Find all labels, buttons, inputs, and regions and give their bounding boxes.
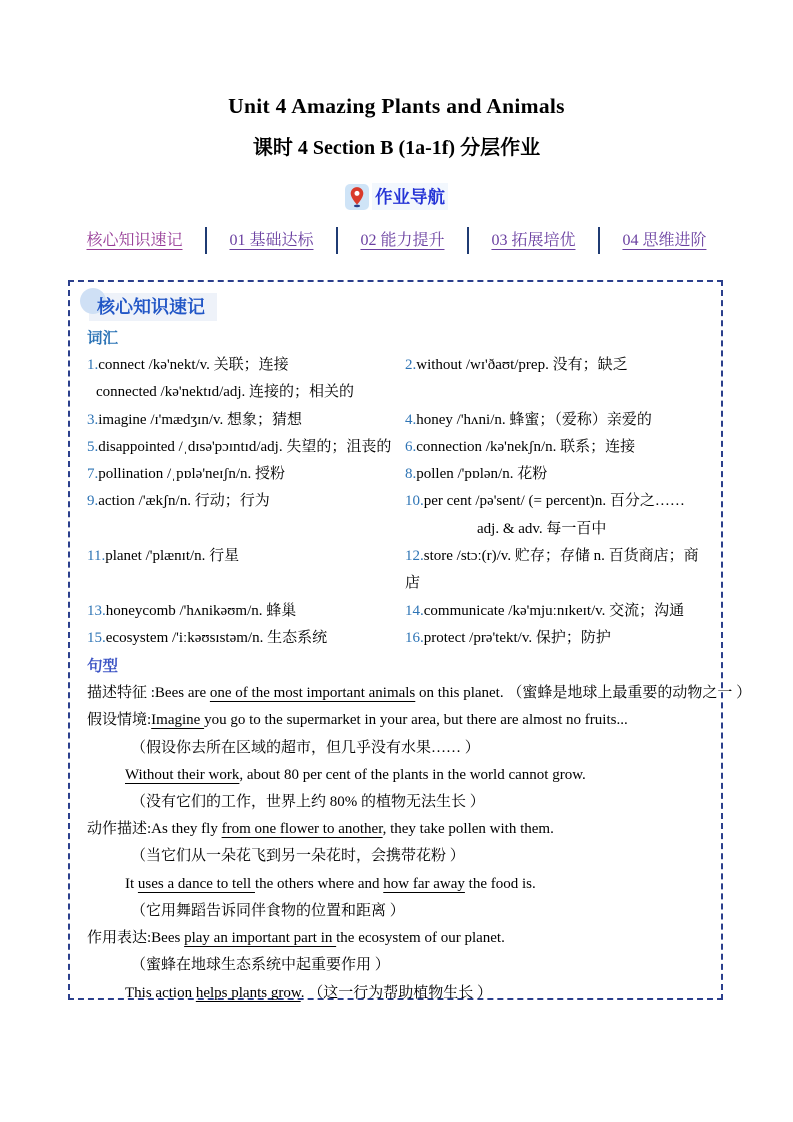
vocab-entry-text: store /stɔː(r)/v. 贮存；存储 n. 百货商店；商店 (405, 548, 699, 591)
panel-header-label: 核心知识速记 (97, 297, 205, 317)
pattern-text: Bees (151, 930, 184, 946)
vocab-entry: 6.connection /kə'nekʃn/n. 联系；连接 (405, 434, 705, 461)
vocabulary-section-title: 词汇 (87, 325, 705, 352)
vocab-entry-text: adj. & adv. 每一百中 (477, 521, 606, 537)
pattern-underlined-text: one of the most important animals (210, 685, 415, 701)
vocab-entry: 1.connect /kə'nekt/v. 关联；连接 (87, 352, 405, 379)
pattern-text: . （这一行为帮助植物生长 ） (301, 985, 492, 1001)
vocab-entry: 13.honeycomb /'hʌnikəʊm/n. 蜂巢 (87, 598, 405, 625)
pattern-line: 动作描述:As they fly from one flower to anot… (87, 816, 705, 843)
pattern-line: 描述特征 :Bees are one of the most important… (87, 680, 705, 707)
vocab-entry-text: pollination /ˌpɒlə'neɪʃn/n. 授粉 (98, 466, 285, 482)
pattern-underlined-text: Without their work (125, 767, 239, 783)
pattern-label: 作用表达: (87, 930, 151, 946)
vocab-entry-number: 9. (87, 493, 98, 509)
vocab-entry-number: 10. (405, 493, 424, 509)
vocab-entry: 4.honey /'hʌni/n. 蜂蜜；（爱称）亲爱的 (405, 407, 705, 434)
vocab-row: 11.planet /'plænɪt/n. 行星12.store /stɔː(r… (87, 543, 705, 598)
vocab-entry-text: planet /'plænɪt/n. 行星 (105, 548, 239, 564)
vocab-entry: adj. & adv. 每一百中 (405, 516, 705, 543)
nav-divider (205, 227, 207, 254)
vocabulary-list: 1.connect /kə'nekt/v. 关联；连接2.without /wɪ… (87, 352, 705, 652)
vocab-entry-number: 14. (405, 603, 424, 619)
pattern-text: This action (125, 985, 196, 1001)
vocab-entry: 7.pollination /ˌpɒlə'neɪʃn/n. 授粉 (87, 461, 405, 488)
page-subtitle: 课时 4 Section B (1a-1f) 分层作业 (0, 135, 793, 161)
vocab-entry-number: 1. (87, 357, 98, 373)
pattern-text: the others where and (255, 876, 383, 892)
homework-navigation-label: 作业导航 (372, 183, 448, 210)
vocab-entry-text: connection /kə'nekʃn/n. 联系；连接 (416, 439, 635, 455)
vocab-entry-text: honeycomb /'hʌnikəʊm/n. 蜂巢 (106, 603, 297, 619)
vocab-entry-number: 5. (87, 439, 98, 455)
vocab-entry-text: imagine /ɪ'mædʒɪn/v. 想象；猜想 (98, 412, 302, 428)
vocab-entry-number: 15. (87, 630, 106, 646)
page-title: Unit 4 Amazing Plants and Animals (0, 0, 793, 120)
vocab-row: 15.ecosystem /'iːkəʊsɪstəm/n. 生态系统16.pro… (87, 625, 705, 652)
vocab-entry-text: without /wɪ'ðaʊt/prep. 没有；缺乏 (416, 357, 627, 373)
nav-link[interactable]: 03 拓展培优 (491, 228, 575, 254)
pattern-text: It (125, 876, 138, 892)
pattern-label: 描述特征 : (87, 685, 155, 701)
section-nav: 核心知识速记01 基础达标02 能力提升03 拓展培优04 思维进阶 (87, 227, 707, 254)
vocab-entry-number: 4. (405, 412, 416, 428)
vocab-row: 3.imagine /ɪ'mædʒɪn/v. 想象；猜想 4.honey /'h… (87, 407, 705, 434)
pattern-text: （当它们从一朵花飞到另一朵花时，会携带花粉 ） (131, 848, 465, 864)
vocab-entry-number: 13. (87, 603, 106, 619)
pattern-text: （假设你去所在区域的超市，但几乎没有水果…… ） (131, 740, 480, 756)
vocab-entry-text: protect /prə'tekt/v. 保护；防护 (424, 630, 611, 646)
pattern-text: on this planet. （蜜蜂是地球上最重要的动物之一 ） (415, 685, 751, 701)
pattern-underlined-text: from one flower to another (222, 821, 383, 837)
nav-divider (598, 227, 600, 254)
pattern-text: , about 80 per cent of the plants in the… (239, 767, 585, 783)
pattern-underlined-text: uses a dance to tell (138, 876, 255, 892)
pattern-line: （假设你去所在区域的超市，但几乎没有水果…… ） (87, 735, 705, 762)
pattern-underlined-text: helps plants grow (196, 985, 301, 1001)
pattern-underlined-text: Imagine (151, 712, 204, 728)
nav-divider (336, 227, 338, 254)
vocab-row: 9.action /'ækʃn/n. 行动；行为10.per cent /pə'… (87, 488, 705, 515)
pattern-line: 作用表达:Bees play an important part in the … (87, 925, 705, 952)
nav-link[interactable]: 核心知识速记 (87, 228, 183, 254)
vocab-entry: 2.without /wɪ'ðaʊt/prep. 没有；缺乏 (405, 352, 705, 379)
panel-header: 核心知识速记 (89, 293, 217, 321)
vocab-row: 1.connect /kə'nekt/v. 关联；连接2.without /wɪ… (87, 352, 705, 379)
vocab-entry-text: per cent /pə'sent/ (= percent)n. 百分之…… (424, 493, 685, 509)
map-pin-icon (345, 184, 369, 210)
vocab-entry: 5.disappointed /ˌdɪsə'pɔɪntɪd/adj. 失望的；沮… (87, 434, 405, 461)
pattern-label: 假设情境: (87, 712, 151, 728)
pattern-line: Without their work, about 80 per cent of… (87, 762, 705, 789)
vocab-entry-text: connect /kə'nekt/v. 关联；连接 (98, 357, 288, 373)
pattern-underlined-text: play an important part in (184, 930, 336, 946)
vocab-entry-number: 11. (87, 548, 105, 564)
vocab-entry: 16.protect /prə'tekt/v. 保护；防护 (405, 625, 705, 652)
nav-link[interactable]: 02 能力提升 (360, 228, 444, 254)
pattern-text: （它用舞蹈告诉同伴食物的位置和距离 ） (131, 903, 405, 919)
vocab-entry-text: ecosystem /'iːkəʊsɪstəm/n. 生态系统 (106, 630, 327, 646)
vocab-row: 5.disappointed /ˌdɪsə'pɔɪntɪd/adj. 失望的；沮… (87, 434, 705, 461)
document-page: Unit 4 Amazing Plants and Animals 课时 4 S… (0, 0, 793, 1122)
vocab-entry-text: disappointed /ˌdɪsə'pɔɪntɪd/adj. 失望的；沮丧的 (98, 439, 391, 455)
vocab-entry: 8.pollen /'pɒlən/n. 花粉 (405, 461, 705, 488)
homework-navigation-header: 作业导航 (0, 183, 793, 210)
pattern-line: （它用舞蹈告诉同伴食物的位置和距离 ） (87, 898, 705, 925)
vocab-entry-number: 7. (87, 466, 98, 482)
vocab-entry-number: 3. (87, 412, 98, 428)
pattern-line: （蜜蜂在地球生态系统中起重要作用 ） (87, 952, 705, 979)
pattern-line: This action helps plants grow. （这一行为帮助植物… (87, 980, 705, 1007)
vocab-entry: 3.imagine /ɪ'mædʒɪn/v. 想象；猜想 (87, 407, 405, 434)
vocab-row: 13.honeycomb /'hʌnikəʊm/n. 蜂巢14.communic… (87, 598, 705, 625)
vocab-entry (405, 379, 705, 406)
pattern-underlined-text: how far away (383, 876, 465, 892)
vocab-entry-number: 12. (405, 548, 424, 564)
pattern-text: （蜜蜂在地球生态系统中起重要作用 ） (131, 957, 390, 973)
pattern-line: It uses a dance to tell the others where… (87, 871, 705, 898)
nav-link[interactable]: 04 思维进阶 (622, 228, 706, 254)
vocab-entry (87, 516, 405, 543)
nav-link[interactable]: 01 基础达标 (229, 228, 313, 254)
vocab-row: adj. & adv. 每一百中 (87, 516, 705, 543)
pattern-text: （没有它们的工作，世界上约 80% 的植物无法生长 ） (131, 794, 485, 810)
pattern-line: 假设情境:Imagine you go to the supermarket i… (87, 707, 705, 734)
vocab-entry-number: 2. (405, 357, 416, 373)
pattern-line: （当它们从一朵花飞到另一朵花时，会携带花粉 ） (87, 843, 705, 870)
pattern-text: you go to the supermarket in your area, … (204, 712, 628, 728)
vocab-entry-text: pollen /'pɒlən/n. 花粉 (416, 466, 547, 482)
vocab-entry-number: 8. (405, 466, 416, 482)
vocab-entry-text: connected /kə'nektɪd/adj. 连接的；相关的 (96, 384, 354, 400)
vocab-entry-text: action /'ækʃn/n. 行动；行为 (98, 493, 269, 509)
nav-divider (467, 227, 469, 254)
vocab-entry: 14.communicate /kə'mjuːnɪkeɪt/v. 交流；沟通 (405, 598, 705, 625)
vocab-entry-text: honey /'hʌni/n. 蜂蜜；（爱称）亲爱的 (416, 412, 652, 428)
pattern-text: Bees are (155, 685, 210, 701)
vocab-entry: 10.per cent /pə'sent/ (= percent)n. 百分之…… (405, 488, 705, 515)
vocab-entry: 15.ecosystem /'iːkəʊsɪstəm/n. 生态系统 (87, 625, 405, 652)
pattern-line: （没有它们的工作，世界上约 80% 的植物无法生长 ） (87, 789, 705, 816)
vocab-entry: 12.store /stɔː(r)/v. 贮存；存储 n. 百货商店；商店 (405, 543, 705, 598)
knowledge-panel: 核心知识速记 词汇 1.connect /kə'nekt/v. 关联；连接2.w… (68, 280, 723, 1000)
vocab-entry-number: 6. (405, 439, 416, 455)
vocab-entry: connected /kə'nektɪd/adj. 连接的；相关的 (87, 379, 405, 406)
vocab-row: connected /kə'nektɪd/adj. 连接的；相关的 (87, 379, 705, 406)
vocab-row: 7.pollination /ˌpɒlə'neɪʃn/n. 授粉8.pollen… (87, 461, 705, 488)
sentence-pattern-section-title: 句型 (87, 653, 705, 680)
sentence-pattern-list: 描述特征 :Bees are one of the most important… (87, 680, 705, 1006)
pattern-text: As they fly (151, 821, 221, 837)
pattern-text: the food is. (465, 876, 536, 892)
vocab-entry-text: communicate /kə'mjuːnɪkeɪt/v. 交流；沟通 (424, 603, 684, 619)
vocab-entry: 11.planet /'plænɪt/n. 行星 (87, 543, 405, 598)
pattern-text: the ecosystem of our planet. (336, 930, 505, 946)
vocab-entry: 9.action /'ækʃn/n. 行动；行为 (87, 488, 405, 515)
pattern-label: 动作描述: (87, 821, 151, 837)
pattern-text: , they take pollen with them. (383, 821, 554, 837)
vocab-entry-number: 16. (405, 630, 424, 646)
